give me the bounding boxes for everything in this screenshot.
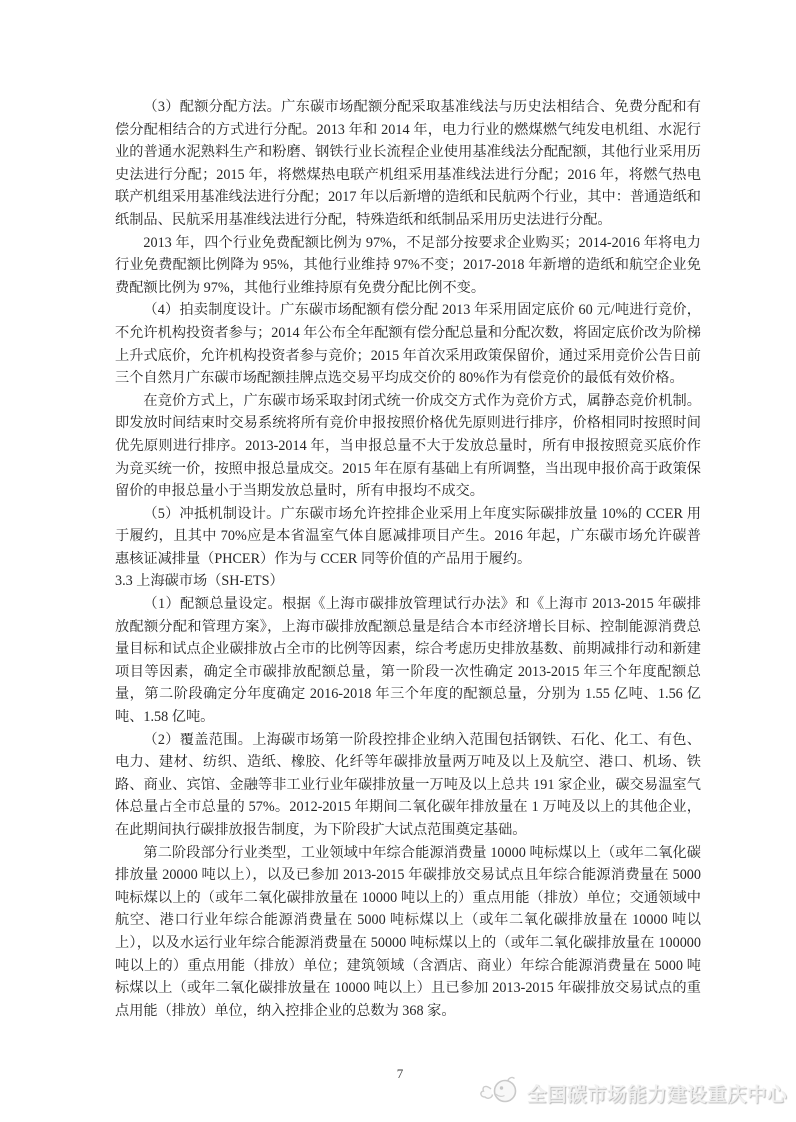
body-paragraph: 在竞价方式上，广东碳市场采取封闭式统一价成交方式作为竞价方式，属静态竞价机制。即… [115, 390, 701, 503]
carbon-center-logo-icon [479, 1074, 521, 1111]
body-paragraph: 第二阶段部分行业类型，工业领域中年综合能源消费量 10000 吨标煤以上（或年二… [115, 842, 701, 1023]
body-paragraph: （3）配额分配方法。广东碳市场配额分配采取基准线法与历史法相结合、免费分配和有偿… [115, 96, 701, 232]
body-paragraph: 2013 年，四个行业免费配额比例为 97%，不足部分按要求企业购买；2014-… [115, 232, 701, 300]
watermark-text: 全国碳市场能力建设重庆中心 [527, 1079, 787, 1107]
body-paragraph: （5）冲抵机制设计。广东碳市场允许控排企业采用上年度实际碳排放量 10%的 CC… [115, 503, 701, 571]
body-paragraph: （4）拍卖制度设计。广东碳市场配额有偿分配 2013 年采用固定底价 60 元/… [115, 299, 701, 389]
body-paragraph: （2）覆盖范围。上海碳市场第一阶段控排企业纳入范围包括钢铁、石化、化工、有色、电… [115, 729, 701, 842]
document-page: （3）配额分配方法。广东碳市场配额分配采取基准线法与历史法相结合、免费分配和有偿… [0, 0, 796, 1122]
document-body: （3）配额分配方法。广东碳市场配额分配采取基准线法与历史法相结合、免费分配和有偿… [115, 96, 701, 1022]
footer-watermark: 全国碳市场能力建设重庆中心 [479, 1074, 787, 1111]
body-paragraph: （1）配额总量设定。根据《上海市碳排放管理试行办法》和《上海市 2013-201… [115, 593, 701, 729]
section-heading: 3.3 上海碳市场（SH-ETS） [115, 570, 701, 593]
